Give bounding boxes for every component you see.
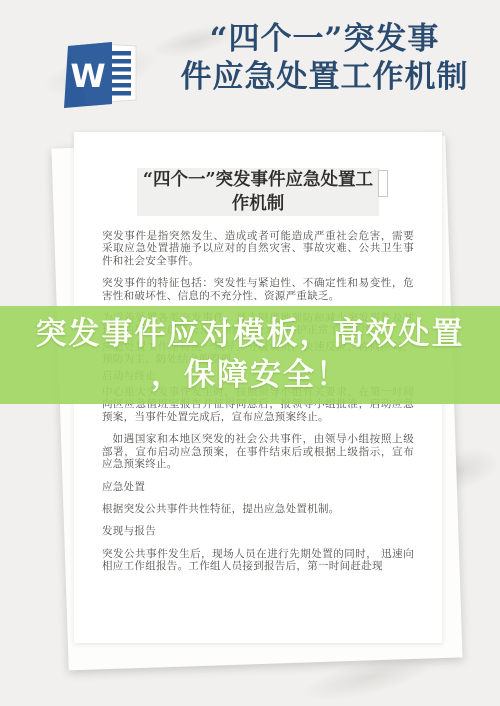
paragraph: 根据突发公共事件共性特征，提出应急处置机制。 [102, 503, 414, 515]
document-preview-root: W “四个一”突发事 件应急处置工作机制 “四个一”突发事件应急处置工 作机制 … [0, 0, 500, 706]
promo-banner-line1: 突发事件应对模板，高效处置 [36, 314, 465, 355]
paragraph: 突发事件是指突然发生、造成或者可能造成严重社会危害，需要采取应急处置措施予以应对… [102, 230, 414, 267]
document-title-line1: “四个一”突发事件应急处置工 [143, 168, 373, 192]
promo-banner-line2: ，保障安全！ [151, 355, 349, 396]
paragraph: 突发公共事件发生后，现场人员在进行先期处置的同时， 迅速向相应工作组报告。工作组… [102, 548, 414, 573]
svg-text:W: W [70, 57, 105, 95]
text-cursor-artifact [378, 170, 388, 197]
page-title-line1: “四个一”突发事 [152, 20, 497, 58]
paragraph: 如遇国家和本地区突发的社会公共事件，由领导小组按照上级部署，宣布启动应急预案，在… [102, 433, 414, 470]
promo-banner: 突发事件应对模板，高效处置 ，保障安全！ [0, 306, 500, 404]
page-title-line2: 件应急处置工作机制 [152, 58, 497, 96]
paragraph: 突发事件的特征包括：突发性与紧迫性、不确定性和易变性，危害性和破坏性、信息的不充… [102, 277, 414, 302]
document-title-line2: 作机制 [143, 192, 373, 216]
section-heading: 应急处置 [102, 481, 414, 493]
header: W “四个一”突发事 件应急处置工作机制 [0, 0, 500, 125]
section-heading: 发现与报告 [102, 525, 414, 537]
word-icon: W [58, 34, 140, 116]
page-title: “四个一”突发事 件应急处置工作机制 [152, 20, 497, 96]
document-title: “四个一”突发事件应急处置工 作机制 [137, 168, 379, 216]
